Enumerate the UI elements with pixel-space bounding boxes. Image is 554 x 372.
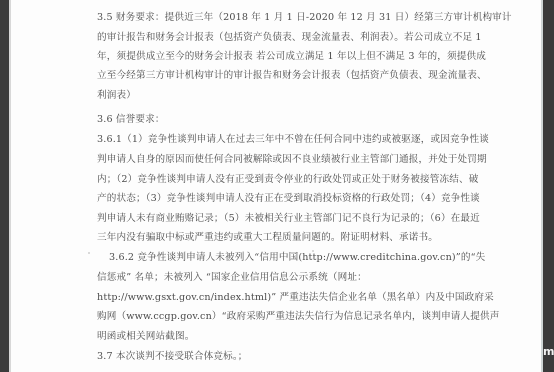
credit-clause-3-6-2-line-5: 明函或相关网站截图。 xyxy=(97,331,194,343)
financial-requirement-line-2: 的审计报告和财务会计报表（包括资产负债表、现金流量表、利润表）。若公司成立不足 … xyxy=(97,32,482,44)
credit-clause-3-6-2-line-2: 信惩戒” 名单；未被列入 “国家企业信用信息公示系统（网址： xyxy=(97,272,367,284)
credit-clause-3-6-1-line-3: 内；（2）竞争性谈判申请人没有正受到责令停业的行政处罚或正处于财务被接管冻结、破 xyxy=(97,174,478,186)
credit-clause-3-6-1-line-2: 判申请人自身的原因而使任何合同被解除或因不良业绩被行业主管部门通报，并处于处罚期 xyxy=(97,154,487,166)
scan-speck xyxy=(88,252,90,254)
financial-requirement-line-5: 利润表） xyxy=(97,90,136,102)
financial-requirement-line-4: 立至今经第三方审计机构审计的审计报告和财务会计报表（包括资产负债表、现金流量表、 xyxy=(97,70,487,82)
viewer-background-left xyxy=(0,0,9,372)
financial-requirement-line-1: 3.5 财务要求：提供近三年（2018 年 1 月 1 日-2020 年 12 … xyxy=(97,12,512,24)
credit-clause-3-6-2-line-3: http://www.gsxt.gov.cn/index.html)” 严重违法… xyxy=(97,292,494,304)
page-edge-left xyxy=(9,0,11,372)
credit-clause-3-6-1-line-1: 3.6.1（1）竞争性谈判申请人在过去三年中不曾在任何合同中违约或被驱逐，或因竞… xyxy=(97,134,489,146)
credit-clause-3-6-2-line-1: 3.6.2 竞争性谈判申请人未被列入“信用中国(http://www.credi… xyxy=(109,252,485,264)
viewer-background-right xyxy=(543,0,554,372)
scan-speck xyxy=(312,250,314,252)
credit-clause-3-6-1-line-4: 产的状态；（3）竞争性谈判申请人没有正在受到取消投标资格的行政处罚；（4）竞争性… xyxy=(97,193,480,205)
watermark-fragment: m xyxy=(543,345,554,358)
financial-requirement-line-3: 年，须提供成立至今的财务会计报表 若公司成立满足 1 年以上但不满足 3 年的，… xyxy=(97,51,486,63)
consortium-clause: 3.7 本次谈判不接受联合体竞标。； xyxy=(97,351,248,363)
credit-clause-3-6-1-line-6: 三年内没有骗取中标或严重违约或重大工程质量问题的。附证明材料、承诺书。 xyxy=(97,232,438,244)
credit-requirement-heading: 3.6 信誉要求： xyxy=(97,114,165,126)
credit-clause-3-6-1-line-5: 判申请人未有商业贿赂记录；（5）未被相关行业主管部门记不良行为记录的；（6）在最… xyxy=(97,213,480,225)
page-edge-right xyxy=(541,0,543,372)
credit-clause-3-6-2-line-4: 购网（www.ccgp.gov.cn）“政府采购严重违法失信行为信息记录名单内，… xyxy=(97,311,500,323)
